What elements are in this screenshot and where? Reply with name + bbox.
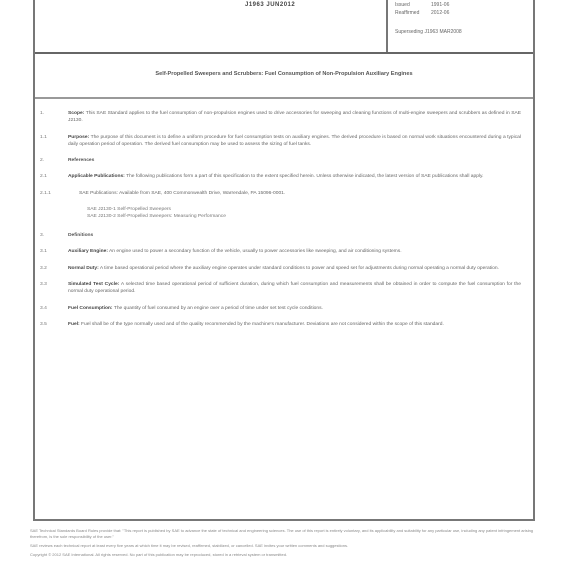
section-term: Normal Duty: [68,266,99,271]
section-text: Purpose: The purpose of this document is… [68,134,521,149]
section-1: 1.Scope: This SAE Standard applies to th… [35,110,533,125]
section-1-1: 1.1Purpose: The purpose of this document… [35,134,533,149]
section-term: Simulated Test Cycle: [68,282,119,287]
title-band: Self-Propelled Sweepers and Scrubbers: F… [35,54,533,99]
section-number: 2. [40,157,44,164]
section-text: Normal Duty: A time based operational pe… [68,265,521,272]
header-meta: Issued1991-06 Reaffirmed2012-06 Supersed… [395,1,467,36]
section-3-1: 3.1Auxiliary Engine: An engine used to p… [35,248,533,255]
section-number: 3.4 [40,305,47,312]
section-number: 3.3 [40,281,47,288]
section-term: Fuel: [68,322,80,327]
document-frame: J1963 JUN2012 Issued1991-06 Reaffirmed20… [33,0,535,521]
section-term: Purpose: [68,135,89,140]
section-number: 3.2 [40,265,47,272]
section-number: 2.1 [40,173,47,180]
section-text: Simulated Test Cycle: A selected time ba… [68,281,521,296]
header-divider [386,0,388,52]
reference-list: SAE J2130-1 Self-Propelled SweepersSAE J… [87,206,533,220]
document-header: J1963 JUN2012 Issued1991-06 Reaffirmed20… [35,0,533,54]
meta-issued: Issued1991-06 [395,1,467,9]
section-2: 2.References [35,157,533,164]
section-number: 2.1.1 [40,190,51,197]
section-text: Definitions [68,232,521,239]
section-2-1: 2.1Applicable Publications: The followin… [35,173,533,180]
document-footer: SAE Technical Standards Board Rules prov… [30,528,540,561]
section-text: Fuel: Fuel shall be of the type normally… [68,321,521,328]
superseding-note: Superseding J1963 MAR2008 [395,28,467,36]
section-number: 1. [40,110,44,117]
section-text: Auxiliary Engine: An engine used to powe… [68,248,521,255]
reference-item: SAE J2130-1 Self-Propelled Sweepers [87,206,533,213]
section-number: 3.5 [40,321,47,328]
section-text: References [68,157,521,164]
section-3: 3.Definitions [35,232,533,239]
reference-item: SAE J2130-2 Self-Propelled Sweepers: Mea… [87,213,533,220]
section-2-1-1: 2.1.1SAE Publications: Available from SA… [35,190,533,197]
section-3-4: 3.4Fuel Consumption: The quantity of fue… [35,305,533,312]
section-text: Fuel Consumption: The quantity of fuel c… [68,305,521,312]
section-3-2: 3.2Normal Duty: A time based operational… [35,265,533,272]
section-number: 1.1 [40,134,47,141]
section-3-5: 3.5Fuel: Fuel shall be of the type norma… [35,321,533,328]
footer-paragraph: Copyright © 2012 SAE International. All … [30,552,540,558]
section-text: Scope: This SAE Standard applies to the … [68,110,521,125]
document-body: 1.Scope: This SAE Standard applies to th… [35,110,533,337]
section-term: Auxiliary Engine: [68,249,108,254]
section-number: 3. [40,232,44,239]
section-number: 3.1 [40,248,47,255]
section-3-3: 3.3Simulated Test Cycle: A selected time… [35,281,533,296]
standard-number: J1963 JUN2012 [245,2,295,8]
footer-paragraph: SAE reviews each technical report at lea… [30,543,540,549]
section-text: Applicable Publications: The following p… [68,173,521,180]
document-title: Self-Propelled Sweepers and Scrubbers: F… [35,71,533,77]
section-term: Fuel Consumption: [68,306,113,311]
section-term: Applicable Publications: [68,174,125,179]
footer-paragraph: SAE Technical Standards Board Rules prov… [30,528,540,540]
meta-reaffirmed: Reaffirmed2012-06 [395,9,467,17]
section-text: SAE Publications: Available from SAE, 40… [79,190,521,197]
section-term: Scope: [68,111,84,116]
